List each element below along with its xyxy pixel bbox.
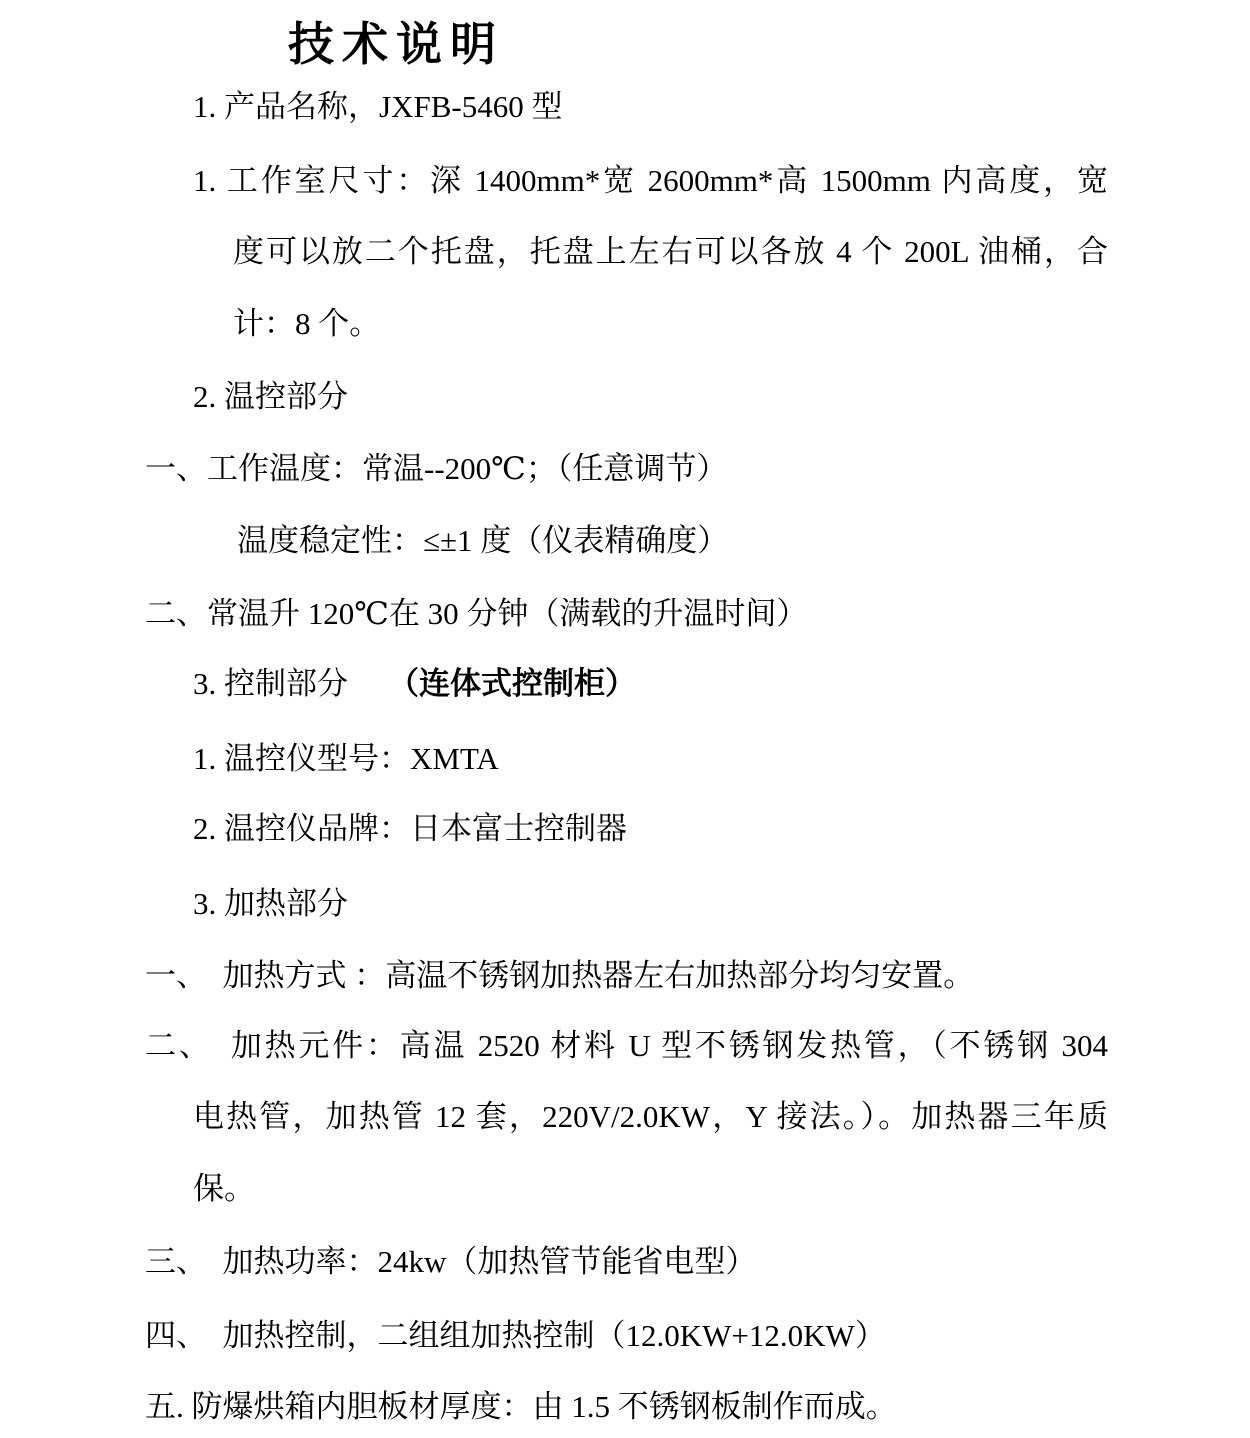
line-heatup-time: 二、常温升 120℃在 30 分钟（满载的升温时间） bbox=[145, 593, 807, 635]
page-title: 技术说明 bbox=[288, 8, 504, 74]
line-controller-brand: 2. 温控仪品牌：日本富士控制器 bbox=[193, 808, 627, 850]
line-product-name: 1. 产品名称，JXFB-5460 型 bbox=[193, 86, 562, 128]
control-cabinet-note: （连体式控制柜） bbox=[388, 666, 636, 701]
line-heating-element-3: 保。 bbox=[193, 1168, 255, 1210]
line-heating-method: 一、 加热方式 ：高温不锈钢加热器左右加热部分均匀安置。 bbox=[145, 955, 974, 997]
document-page: 技术说明 1. 产品名称，JXFB-5460 型 1. 工作室尺寸：深 1400… bbox=[0, 0, 1250, 1438]
line-controller-model: 1. 温控仪型号：XMTA bbox=[193, 738, 499, 780]
line-heating-element-1: 二、 加热元件：高温 2520 材料 U 型不锈钢发热管，（不锈钢 304 bbox=[145, 1025, 1108, 1067]
line-chamber-size-2: 度可以放二个托盘，托盘上左右可以各放 4 个 200L 油桶，合 bbox=[233, 231, 1108, 273]
line-heating-section: 3. 加热部分 bbox=[193, 883, 348, 925]
line-chamber-size-1: 1. 工作室尺寸：深 1400mm*宽 2600mm*高 1500mm 内高度，… bbox=[193, 160, 1108, 202]
line-heating-control: 四、 加热控制，二组组加热控制（12.0KW+12.0KW） bbox=[145, 1315, 886, 1357]
line-chamber-size-3: 计：8 个。 bbox=[233, 303, 380, 345]
line-heating-element-2: 电热管，加热管 12 套，220V/2.0KW，Y 接法。）。加热器三年质 bbox=[193, 1096, 1108, 1138]
line-temp-control-section: 2. 温控部分 bbox=[193, 376, 348, 418]
line-heating-power: 三、 加热功率：24kw（加热管节能省电型） bbox=[145, 1241, 756, 1283]
line-working-temp: 一、工作温度：常温--200℃；（任意调节） bbox=[145, 448, 727, 490]
control-section-label: 3. 控制部分 bbox=[193, 666, 348, 701]
line-liner-thickness: 五. 防爆烘箱内胆板材厚度：由 1.5 不锈钢板制作而成。 bbox=[145, 1386, 897, 1428]
line-control-section: 3. 控制部分（连体式控制柜） bbox=[193, 663, 636, 705]
line-temp-stability: 温度稳定性：≤±1 度（仪表精确度） bbox=[237, 520, 728, 562]
